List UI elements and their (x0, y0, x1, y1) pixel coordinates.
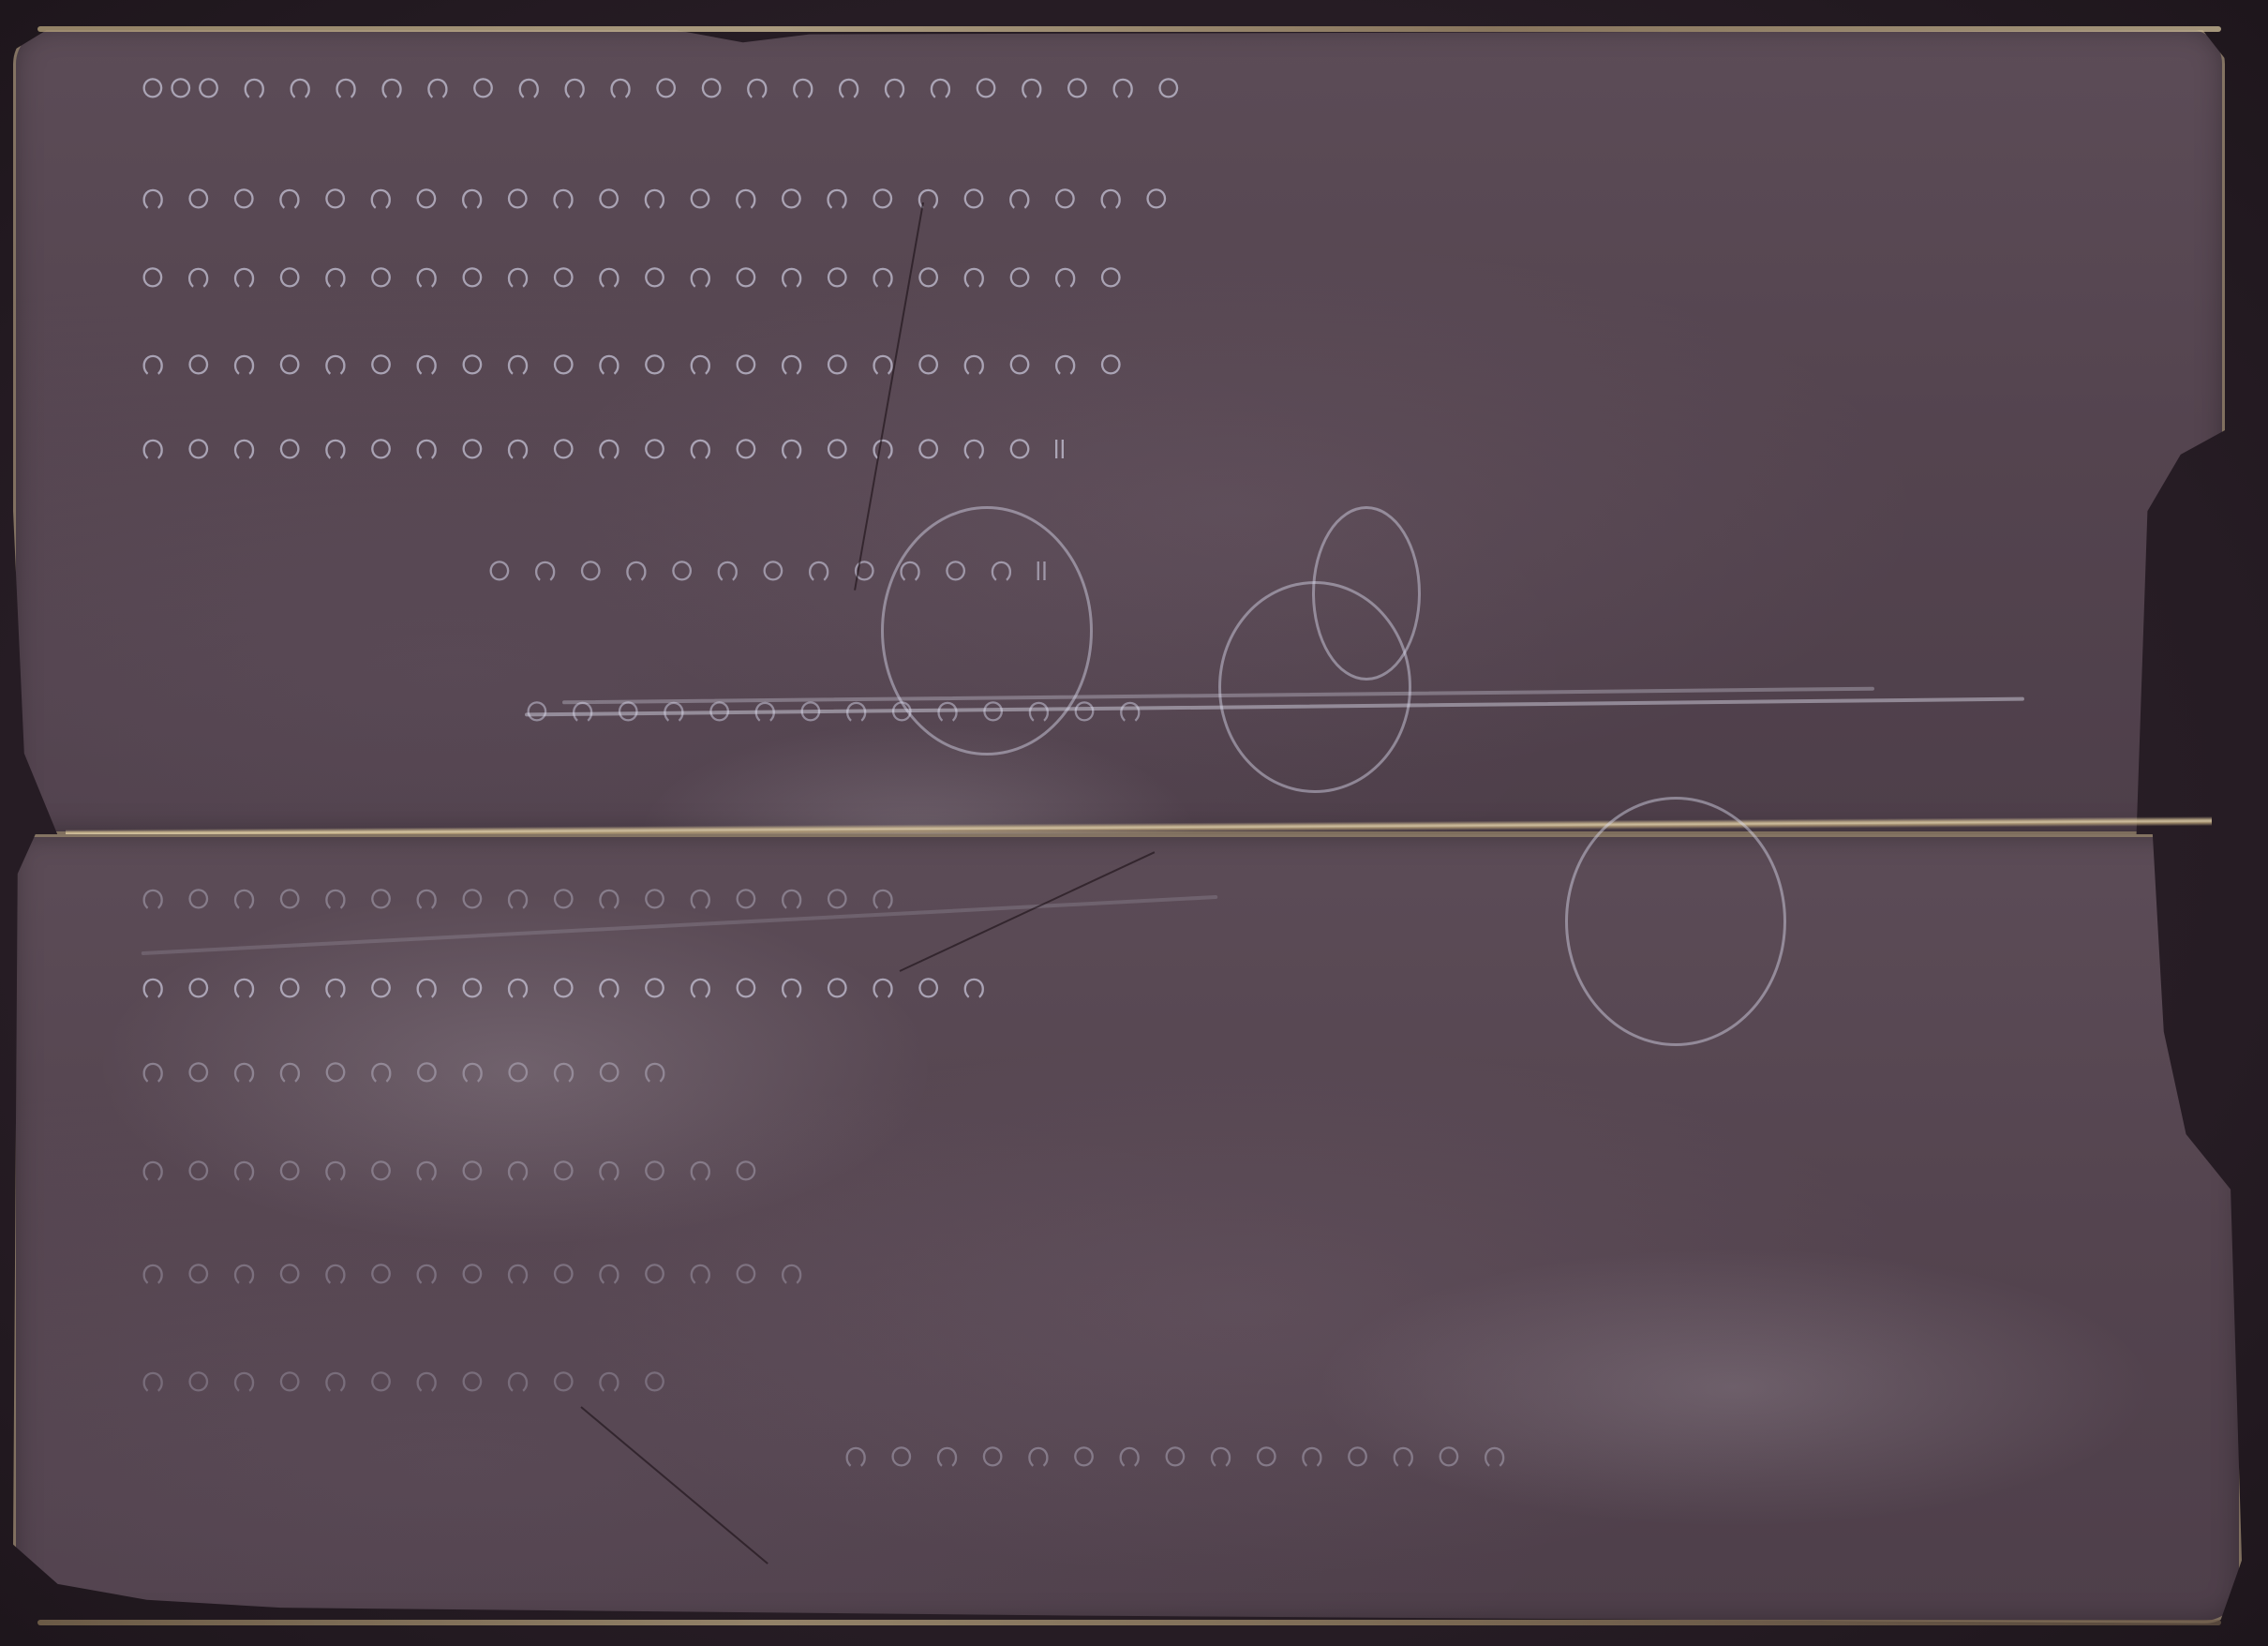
leaf-bottom-edge (37, 1620, 2221, 1625)
chalk-loop-stroke (1312, 506, 1421, 681)
leaf-top-edge (37, 26, 2221, 32)
script-line-4: ဂ ဝ ဂ ဝ ဂ ဝ ဂ ဝ ဂ ဝ ဂ ဝ ဂ ဝ ဂ ဝ ဂ ဝ ဂ ဝ … (141, 333, 2127, 396)
script-line-2: ဂ ဝ ဝ ဂ ဝ ဂ ဝ ဂ ဝ ဂ ဝ ဂ ဝ ဂ ဝ ဂ ဝ ဂ ဝ ဂ … (141, 167, 2099, 230)
chalk-smudge (94, 890, 937, 1247)
script-line-5: ဂ ဝ ဂ ဝ ဂ ဝ ဂ ဝ ဂ ဝ ဂ ဝ ဂ ဝ ဂ ဝ ဂ ဝ ဂ ဝ … (141, 417, 2127, 480)
script-line-1: ဝဝဝ ဂ ဂ ဂ ဂ ဂ ဝ ဂ ဂ ဂ ဝ ဝ ဂ ဂ ဂ ဂ ဂ ဝ ဂ … (141, 56, 2099, 119)
chalk-smudge (1312, 1247, 2156, 1528)
chalk-loop-stroke (1565, 797, 1786, 1046)
script-line-3: ဝ ဂ ဂ ဝ ဂ ဝ ဂ ဝ ဂ ဝ ဂ ဝ ဂ ဝ ဂ ဝ ဂ ဝ ဂ ဝ … (141, 246, 2127, 308)
script-line-6: ဝ ဂ ဝ ဂ ဝ ဂ ဝ ဂ ဝ ဂ ဝ ဂ ။ (487, 539, 1987, 602)
chalk-loop-stroke (881, 506, 1093, 756)
